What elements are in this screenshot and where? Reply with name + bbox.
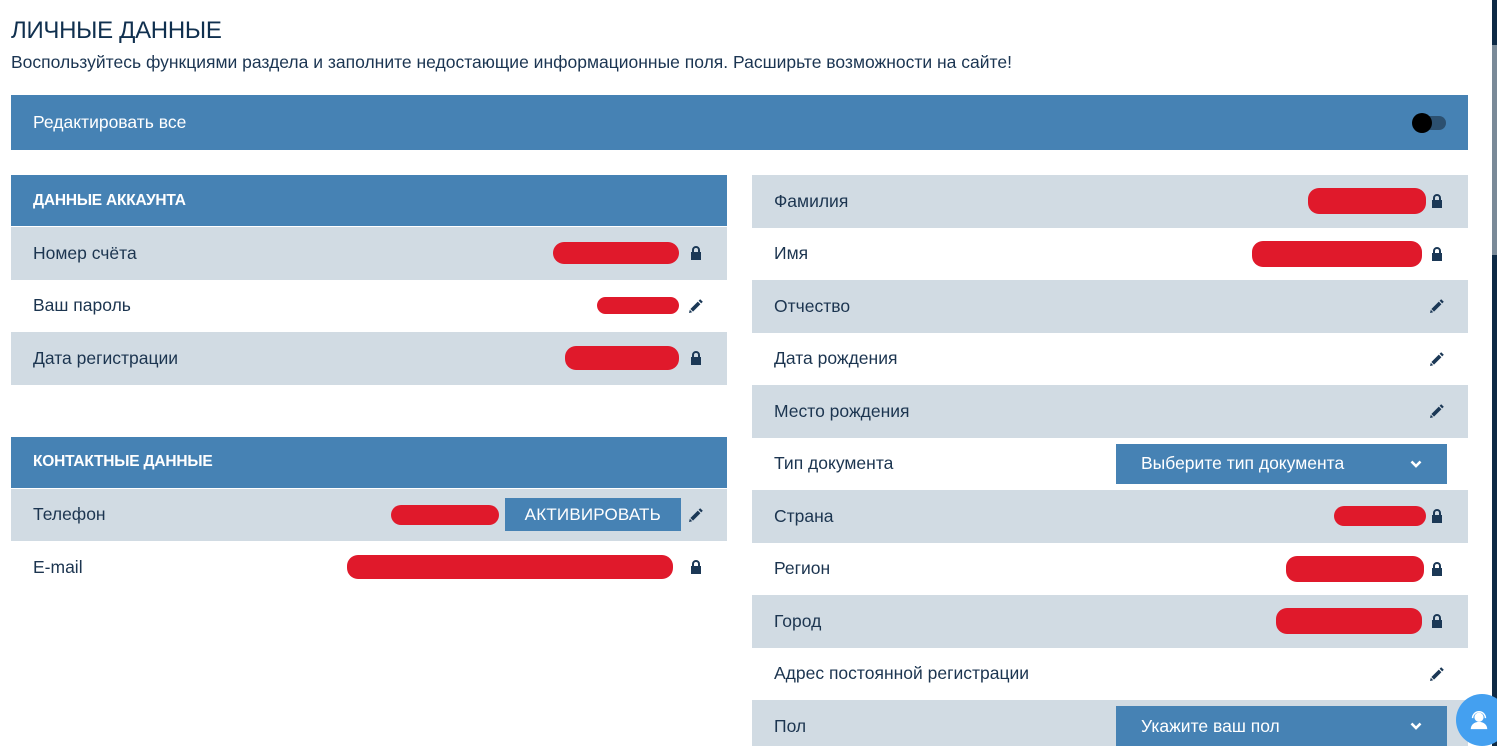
pencil-icon[interactable] [1428, 402, 1446, 420]
redacted-value [553, 242, 679, 264]
edit-all-label: Редактировать все [33, 112, 186, 133]
row-label: E-mail [33, 557, 347, 578]
pencil-icon[interactable] [687, 506, 705, 524]
lock-icon [1428, 560, 1446, 578]
gender-select[interactable]: Укажите ваш пол [1116, 706, 1447, 746]
row-label: Страна [774, 506, 1334, 527]
redacted-value [1286, 556, 1424, 582]
lock-icon [1428, 612, 1446, 630]
row-label: Дата рождения [774, 348, 1428, 369]
pencil-icon[interactable] [1428, 665, 1446, 683]
select-value: Укажите ваш пол [1141, 716, 1280, 737]
row-label: Город [774, 611, 1276, 632]
row-phone: Телефон АКТИВИРОВАТЬ [11, 489, 727, 542]
left-column: ДАННЫЕ АККАУНТА Номер счёта Ваш пароль Д… [11, 175, 727, 594]
row-label: Отчество [774, 296, 1428, 317]
row-label: Номер счёта [33, 243, 553, 264]
row-country: Страна [752, 490, 1468, 543]
row-gender: Пол Укажите ваш пол [752, 700, 1468, 746]
row-label: Регион [774, 558, 1286, 579]
pencil-icon[interactable] [1428, 350, 1446, 368]
row-birth-place: Место рождения [752, 385, 1468, 438]
edit-all-toggle[interactable] [1414, 116, 1446, 130]
row-label: Имя [774, 243, 1252, 264]
row-registration-address: Адрес постоянной регистрации [752, 648, 1468, 701]
lock-icon [687, 349, 705, 367]
scrollbar-thumb[interactable] [1492, 45, 1497, 255]
select-value: Выберите тип документа [1141, 453, 1344, 474]
chevron-down-icon [1409, 457, 1423, 471]
lock-icon [687, 244, 705, 262]
page-scrollbar[interactable] [1492, 0, 1497, 746]
row-password: Ваш пароль [11, 280, 727, 333]
chevron-down-icon [1409, 719, 1423, 733]
toggle-knob [1412, 113, 1432, 133]
row-label: Место рождения [774, 401, 1428, 422]
row-first-name: Имя [752, 228, 1468, 281]
row-registration-date: Дата регистрации [11, 332, 727, 385]
lock-icon [1428, 245, 1446, 263]
redacted-value [565, 346, 679, 370]
document-type-select[interactable]: Выберите тип документа [1116, 444, 1447, 484]
redacted-value [1252, 241, 1422, 267]
redacted-value [597, 297, 679, 314]
row-label: Дата регистрации [33, 348, 565, 369]
pencil-icon[interactable] [1428, 297, 1446, 315]
row-account-number: Номер счёта [11, 227, 727, 280]
row-email: E-mail [11, 541, 727, 594]
row-label: Фамилия [774, 191, 1308, 212]
lock-icon [687, 558, 705, 576]
row-document-type: Тип документа Выберите тип документа [752, 438, 1468, 491]
activate-phone-button[interactable]: АКТИВИРОВАТЬ [505, 498, 681, 531]
redacted-value [391, 505, 499, 525]
row-label: Телефон [33, 504, 391, 525]
redacted-value [1308, 188, 1426, 214]
row-label: Ваш пароль [33, 295, 597, 316]
right-column: Фамилия Имя Отчество Дата рождения [752, 175, 1468, 746]
row-city: Город [752, 595, 1468, 648]
edit-all-bar: Редактировать все [11, 95, 1468, 150]
redacted-value [1334, 506, 1426, 526]
pencil-icon[interactable] [687, 297, 705, 315]
lock-icon [1428, 507, 1446, 525]
redacted-value [1276, 608, 1422, 634]
row-patronymic: Отчество [752, 280, 1468, 333]
redacted-value [347, 555, 673, 579]
support-agent-icon [1468, 709, 1490, 731]
row-last-name: Фамилия [752, 175, 1468, 228]
lock-icon [1428, 192, 1446, 210]
page-title: ЛИЧНЫЕ ДАННЫЕ [11, 17, 222, 45]
account-section-header: ДАННЫЕ АККАУНТА [11, 175, 727, 227]
row-region: Регион [752, 543, 1468, 596]
row-birth-date: Дата рождения [752, 333, 1468, 386]
contacts-section-header: КОНТАКТНЫЕ ДАННЫЕ [11, 437, 727, 489]
row-label: Адрес постоянной регистрации [774, 663, 1428, 684]
page-subtitle: Воспользуйтесь функциями раздела и запол… [11, 52, 1012, 73]
